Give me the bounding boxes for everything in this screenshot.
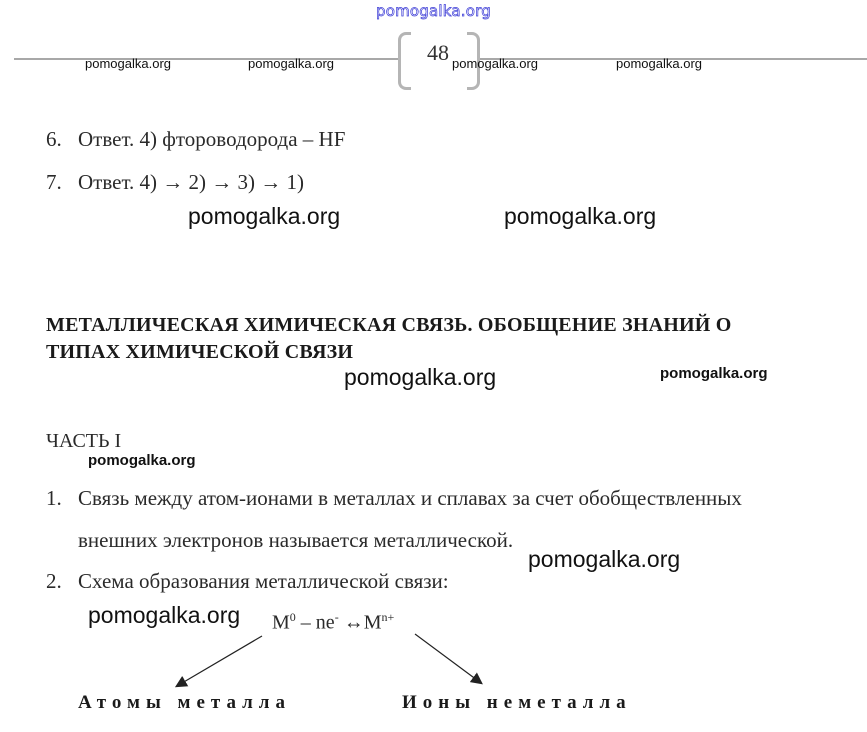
watermark: pomogalka.org — [344, 364, 496, 391]
answer-7-number: 7. — [46, 170, 62, 195]
formula-minus-ne: – ne — [296, 612, 335, 634]
header-watermark: pomogalka.org — [452, 56, 538, 71]
scheme-left-label: Атомы металла — [78, 692, 291, 714]
part-heading: ЧАСТЬ I — [46, 430, 121, 453]
watermark: pomogalka.org — [660, 365, 768, 382]
header-rule-left — [14, 58, 398, 60]
item-1-number: 1. — [46, 486, 62, 511]
item-1-line2: внешних электронов называется металличес… — [78, 528, 513, 553]
item-1-line1: Связь между атом-ионами в металлах и спл… — [78, 486, 742, 511]
answer-6-number: 6. — [46, 127, 62, 152]
arrow-left-icon — [177, 636, 262, 686]
header-watermark: pomogalka.org — [616, 56, 702, 71]
header-watermark: pomogalka.org — [248, 56, 334, 71]
scheme-formula: M0 – ne- ↔Mn+ — [272, 610, 394, 635]
watermark: pomogalka.org — [504, 203, 656, 230]
watermark: pomogalka.org — [188, 203, 340, 230]
top-watermark: pomogalka.org — [376, 2, 491, 20]
section-title-line2: ТИПАХ ХИМИЧЕСКОЙ СВЯЗИ — [46, 341, 353, 364]
formula-arrow-m: ↔M — [339, 612, 382, 634]
page-number: 48 — [427, 40, 449, 66]
watermark: pomogalka.org — [528, 546, 680, 573]
formula-mn-sup: n+ — [381, 610, 394, 624]
answer-6-text: Ответ. 4) фтороводорода – HF — [78, 127, 345, 152]
item-2-number: 2. — [46, 569, 62, 594]
page-bracket-left — [398, 32, 411, 90]
item-2-line1: Схема образования металлической связи: — [78, 569, 449, 594]
watermark: pomogalka.org — [88, 602, 240, 629]
section-title-line1: МЕТАЛЛИЧЕСКАЯ ХИМИЧЕСКАЯ СВЯЗЬ. ОБОБЩЕНИ… — [46, 314, 731, 337]
formula-m: M — [272, 612, 290, 634]
scheme-right-label: Ионы неметалла — [402, 692, 632, 714]
arrow-right-icon — [415, 634, 481, 683]
answer-7-text: Ответ. 4) → 2) → 3) → 1) — [78, 170, 304, 195]
watermark: pomogalka.org — [88, 452, 196, 469]
header-watermark: pomogalka.org — [85, 56, 171, 71]
